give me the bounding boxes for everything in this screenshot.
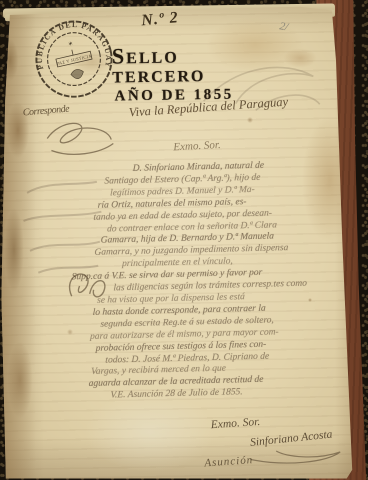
seal-star-icon: ✶ (67, 40, 74, 48)
signature-rubric-flourish (246, 444, 346, 466)
archival-note: Asunción (204, 454, 254, 469)
supplica-flourish (63, 268, 112, 303)
seal-emblem-figure (70, 68, 85, 80)
salutation-closing: Exmo. Sor. (210, 416, 260, 431)
pencil-folio-mark: 2/ (279, 20, 289, 33)
republic-seal-stamp-icon: REPUBLICA DEL PARAGUAY ✶ PAZ Y JUSTICIA (26, 10, 122, 108)
page-content: N.º 2 2/ REPUBLICA DEL PARAGUAY ✶ PAZ Y … (0, 0, 368, 480)
photograph: N.º 2 2/ REPUBLICA DEL PARAGUAY ✶ PAZ Y … (0, 0, 368, 480)
salutation-top: Exmo. Sor. (173, 139, 221, 153)
margin-rubric-flourish (41, 115, 122, 158)
document-number: N.º 2 (141, 9, 180, 30)
petition-body: D. Sinforiano Miranda, natural deSantiag… (88, 159, 341, 403)
